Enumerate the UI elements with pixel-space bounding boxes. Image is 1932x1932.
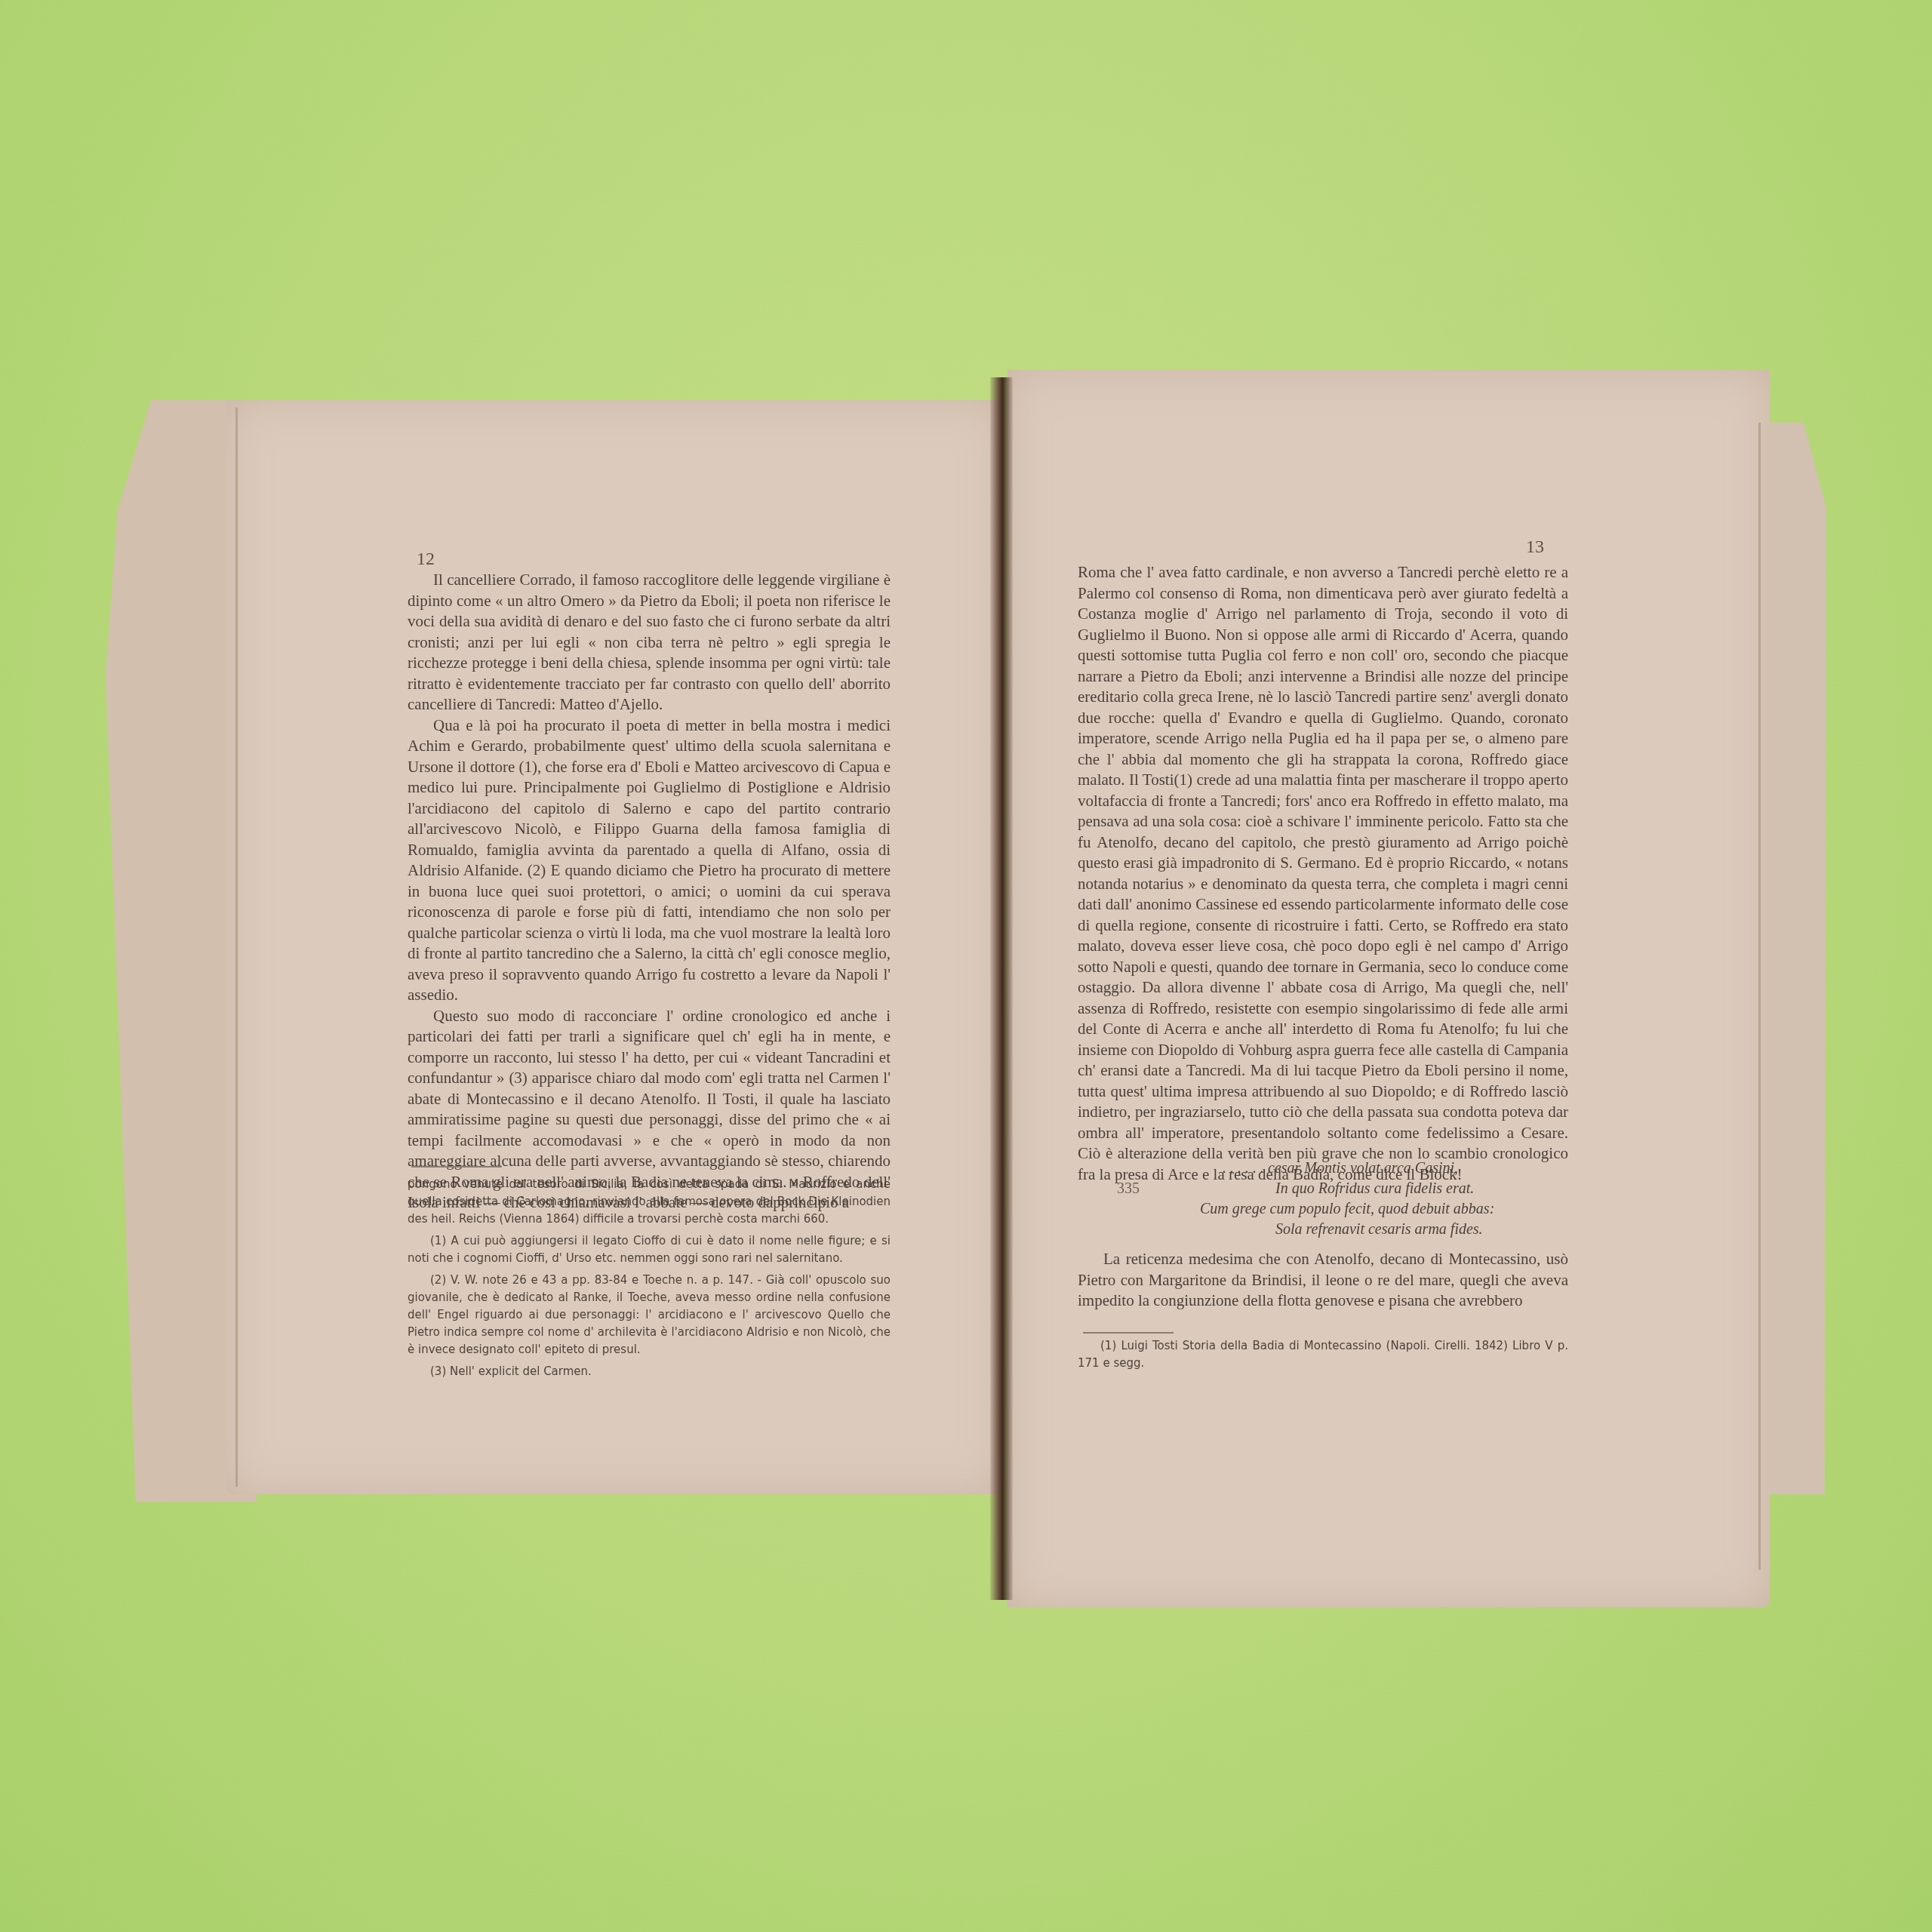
- page-number-left: 12: [417, 549, 435, 570]
- page-edge-left: [235, 408, 238, 1487]
- footnote-rule: [1083, 1332, 1174, 1334]
- paragraph: La reticenza medesima che con Atenolfo, …: [1078, 1249, 1568, 1312]
- footnote-continuation: pongono venute dal tesoro di Sicilia, la…: [408, 1176, 891, 1228]
- verse-line: . . . . . . cesar Montis volat arca Casi…: [1117, 1158, 1570, 1179]
- right-footnotes: (1) Luigi Tosti Storia della Badia di Mo…: [1078, 1337, 1568, 1377]
- verse-line-number: 335: [1117, 1179, 1140, 1199]
- paragraph: Qua e là poi ha procurato il poeta di me…: [408, 715, 891, 1006]
- footnote-1: (1) A cui può aggiungersi il legato Ciof…: [408, 1232, 891, 1267]
- paragraph: Il cancelliere Corrado, il famoso raccog…: [408, 570, 891, 715]
- footnote-1: (1) Luigi Tosti Storia della Badia di Mo…: [1078, 1337, 1568, 1372]
- footnote-2: (2) V. W. note 26 e 43 a pp. 83-84 e Toe…: [408, 1272, 891, 1358]
- page-edge-right: [1758, 423, 1761, 1570]
- verse-line: Sola refrenavit cesaris arma fides.: [1117, 1220, 1570, 1240]
- left-footnotes: pongono venute dal tesoro di Sicilia, la…: [408, 1176, 891, 1385]
- left-page-body: Il cancelliere Corrado, il famoso raccog…: [408, 570, 891, 1214]
- latin-verse: . . . . . . cesar Montis volat arca Casi…: [1117, 1158, 1570, 1240]
- page-number-right: 13: [1526, 537, 1544, 558]
- right-page-body-2: La reticenza medesima che con Atenolfo, …: [1078, 1249, 1568, 1312]
- verse-line: Cum grege cum populo fecit, quod debuit …: [1117, 1199, 1570, 1220]
- footnote-3: (3) Nell' explicit del Carmen.: [408, 1363, 891, 1380]
- paragraph: Roma che l' avea fatto cardinale, e non …: [1078, 562, 1568, 1185]
- book-gutter: [990, 377, 1013, 1600]
- footnote-rule: [411, 1166, 502, 1168]
- right-page-body: Roma che l' avea fatto cardinale, e non …: [1078, 562, 1568, 1185]
- verse-line: In quo Rofridus cura fidelis erat.: [1275, 1180, 1474, 1197]
